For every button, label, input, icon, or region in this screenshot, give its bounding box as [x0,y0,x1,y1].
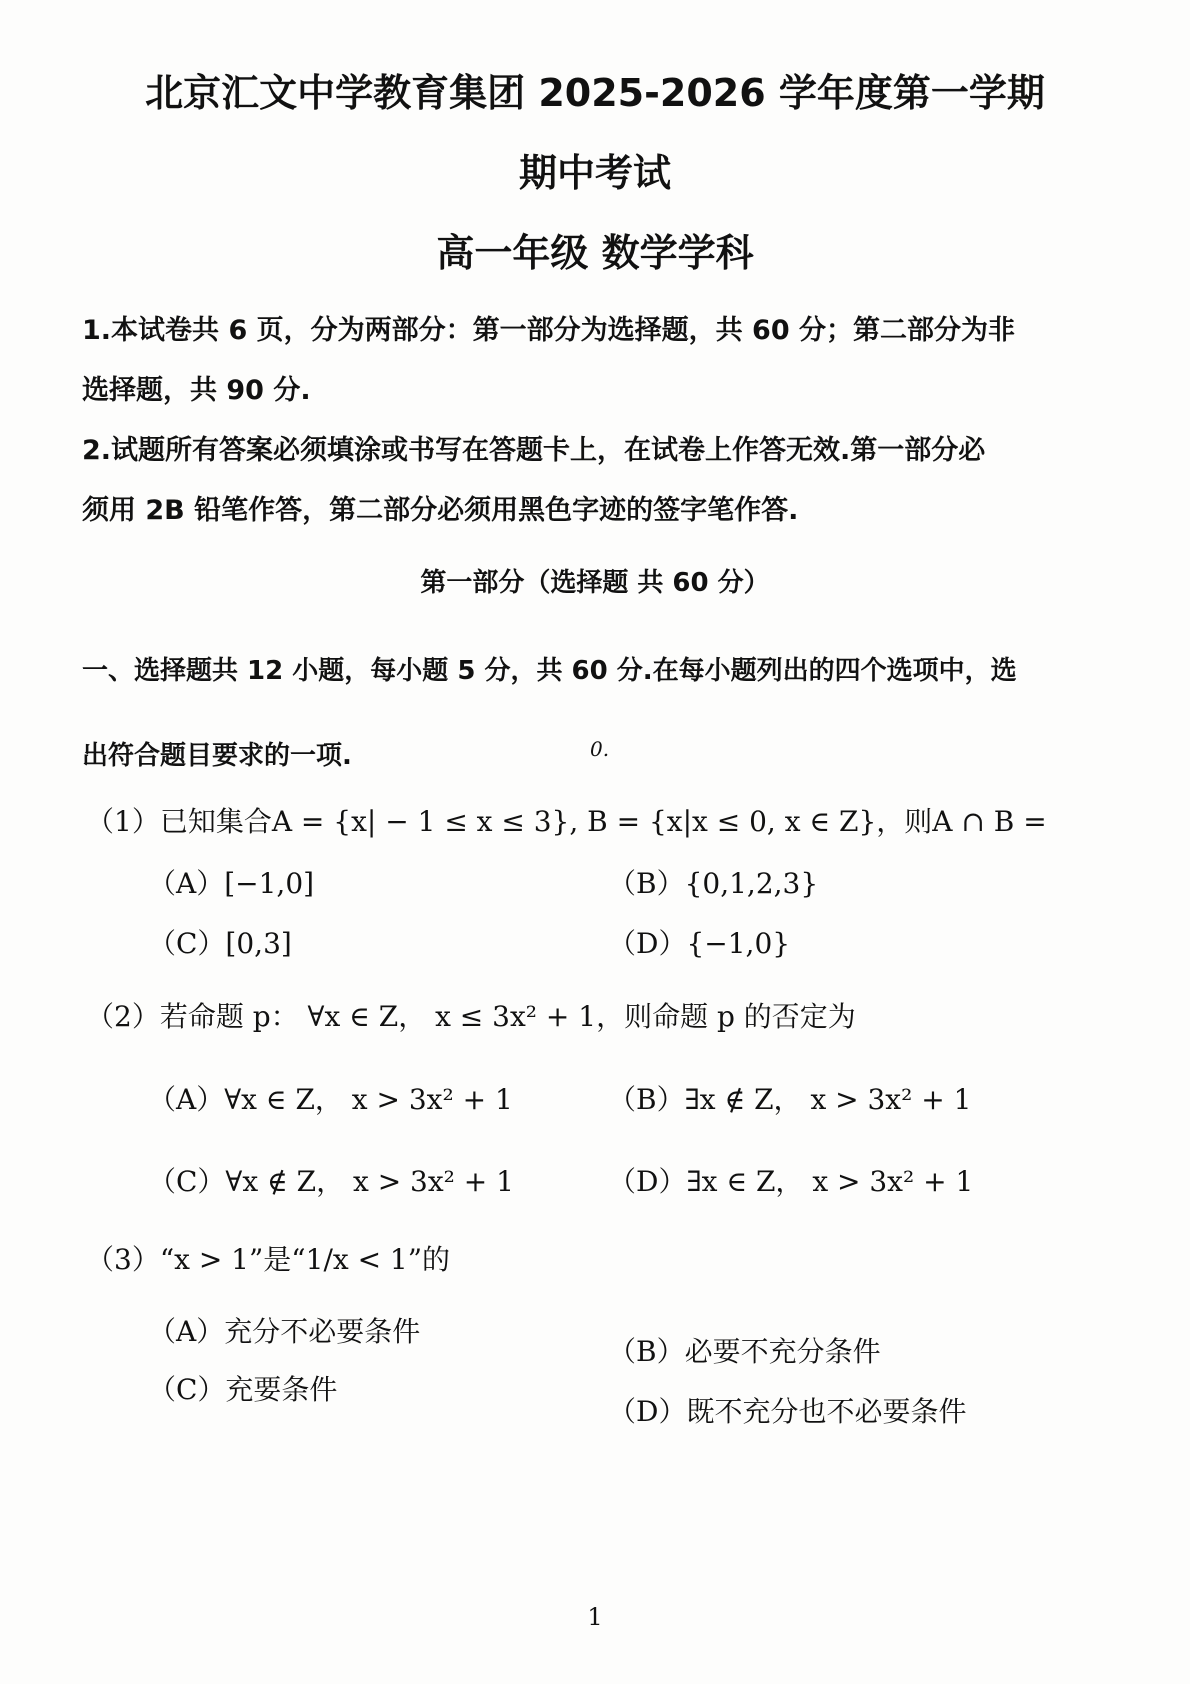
note-line: 须用 2B 铅笔作答，第二部分必须用黑色字迹的签字笔作答. [82,488,798,527]
option-b: （B）{0,1,2,3} [608,862,818,902]
option-d: （D）∃x ∈ Z， x > 3x² + 1 [608,1160,973,1200]
option-a: （A）充分不必要条件 [148,1310,420,1350]
page-number: 1 [0,1603,1190,1631]
exam-title: 北京汇文中学教育集团 2025-2026 学年度第一学期 [0,62,1190,117]
question-stem: （2）若命题 p： ∀x ∈ Z， x ≤ 3x² + 1，则命题 p 的否定为 [86,995,856,1035]
question-stem: （3）“x > 1”是“1/x < 1”的 [86,1238,450,1278]
note-line: 1.本试卷共 6 页，分为两部分：第一部分为选择题，共 60 分；第二部分为非 [82,308,1015,347]
question-stem: （1）已知集合A = {x| − 1 ≤ x ≤ 3}, B = {x|x ≤ … [86,800,1047,840]
section-instruction: 出符合题目要求的一项. [82,735,352,772]
exam-grade-subject: 高一年级 数学学科 [0,222,1190,277]
note-line: 选择题，共 90 分. [82,368,311,407]
exam-subtitle: 期中考试 [0,142,1190,197]
option-b: （B）必要不充分条件 [608,1330,881,1370]
option-d: （D）既不充分也不必要条件 [608,1390,966,1430]
option-c: （C）充要条件 [148,1368,337,1408]
option-c: （C）[0,3] [148,922,292,962]
option-c: （C）∀x ∉ Z， x > 3x² + 1 [148,1160,514,1200]
option-a: （A）∀x ∈ Z， x > 3x² + 1 [148,1078,513,1118]
section-instruction: 一、选择题共 12 小题，每小题 5 分，共 60 分.在每小题列出的四个选项中… [82,650,1017,687]
option-d: （D）{−1,0} [608,922,790,962]
option-a: （A）[−1,0] [148,862,314,902]
stray-mark: 0. [590,737,609,761]
note-line: 2.试题所有答案必须填涂或书写在答题卡上，在试卷上作答无效.第一部分必 [82,428,985,467]
section-heading: 第一部分（选择题 共 60 分） [0,562,1190,599]
option-b: （B）∃x ∉ Z， x > 3x² + 1 [608,1078,971,1118]
